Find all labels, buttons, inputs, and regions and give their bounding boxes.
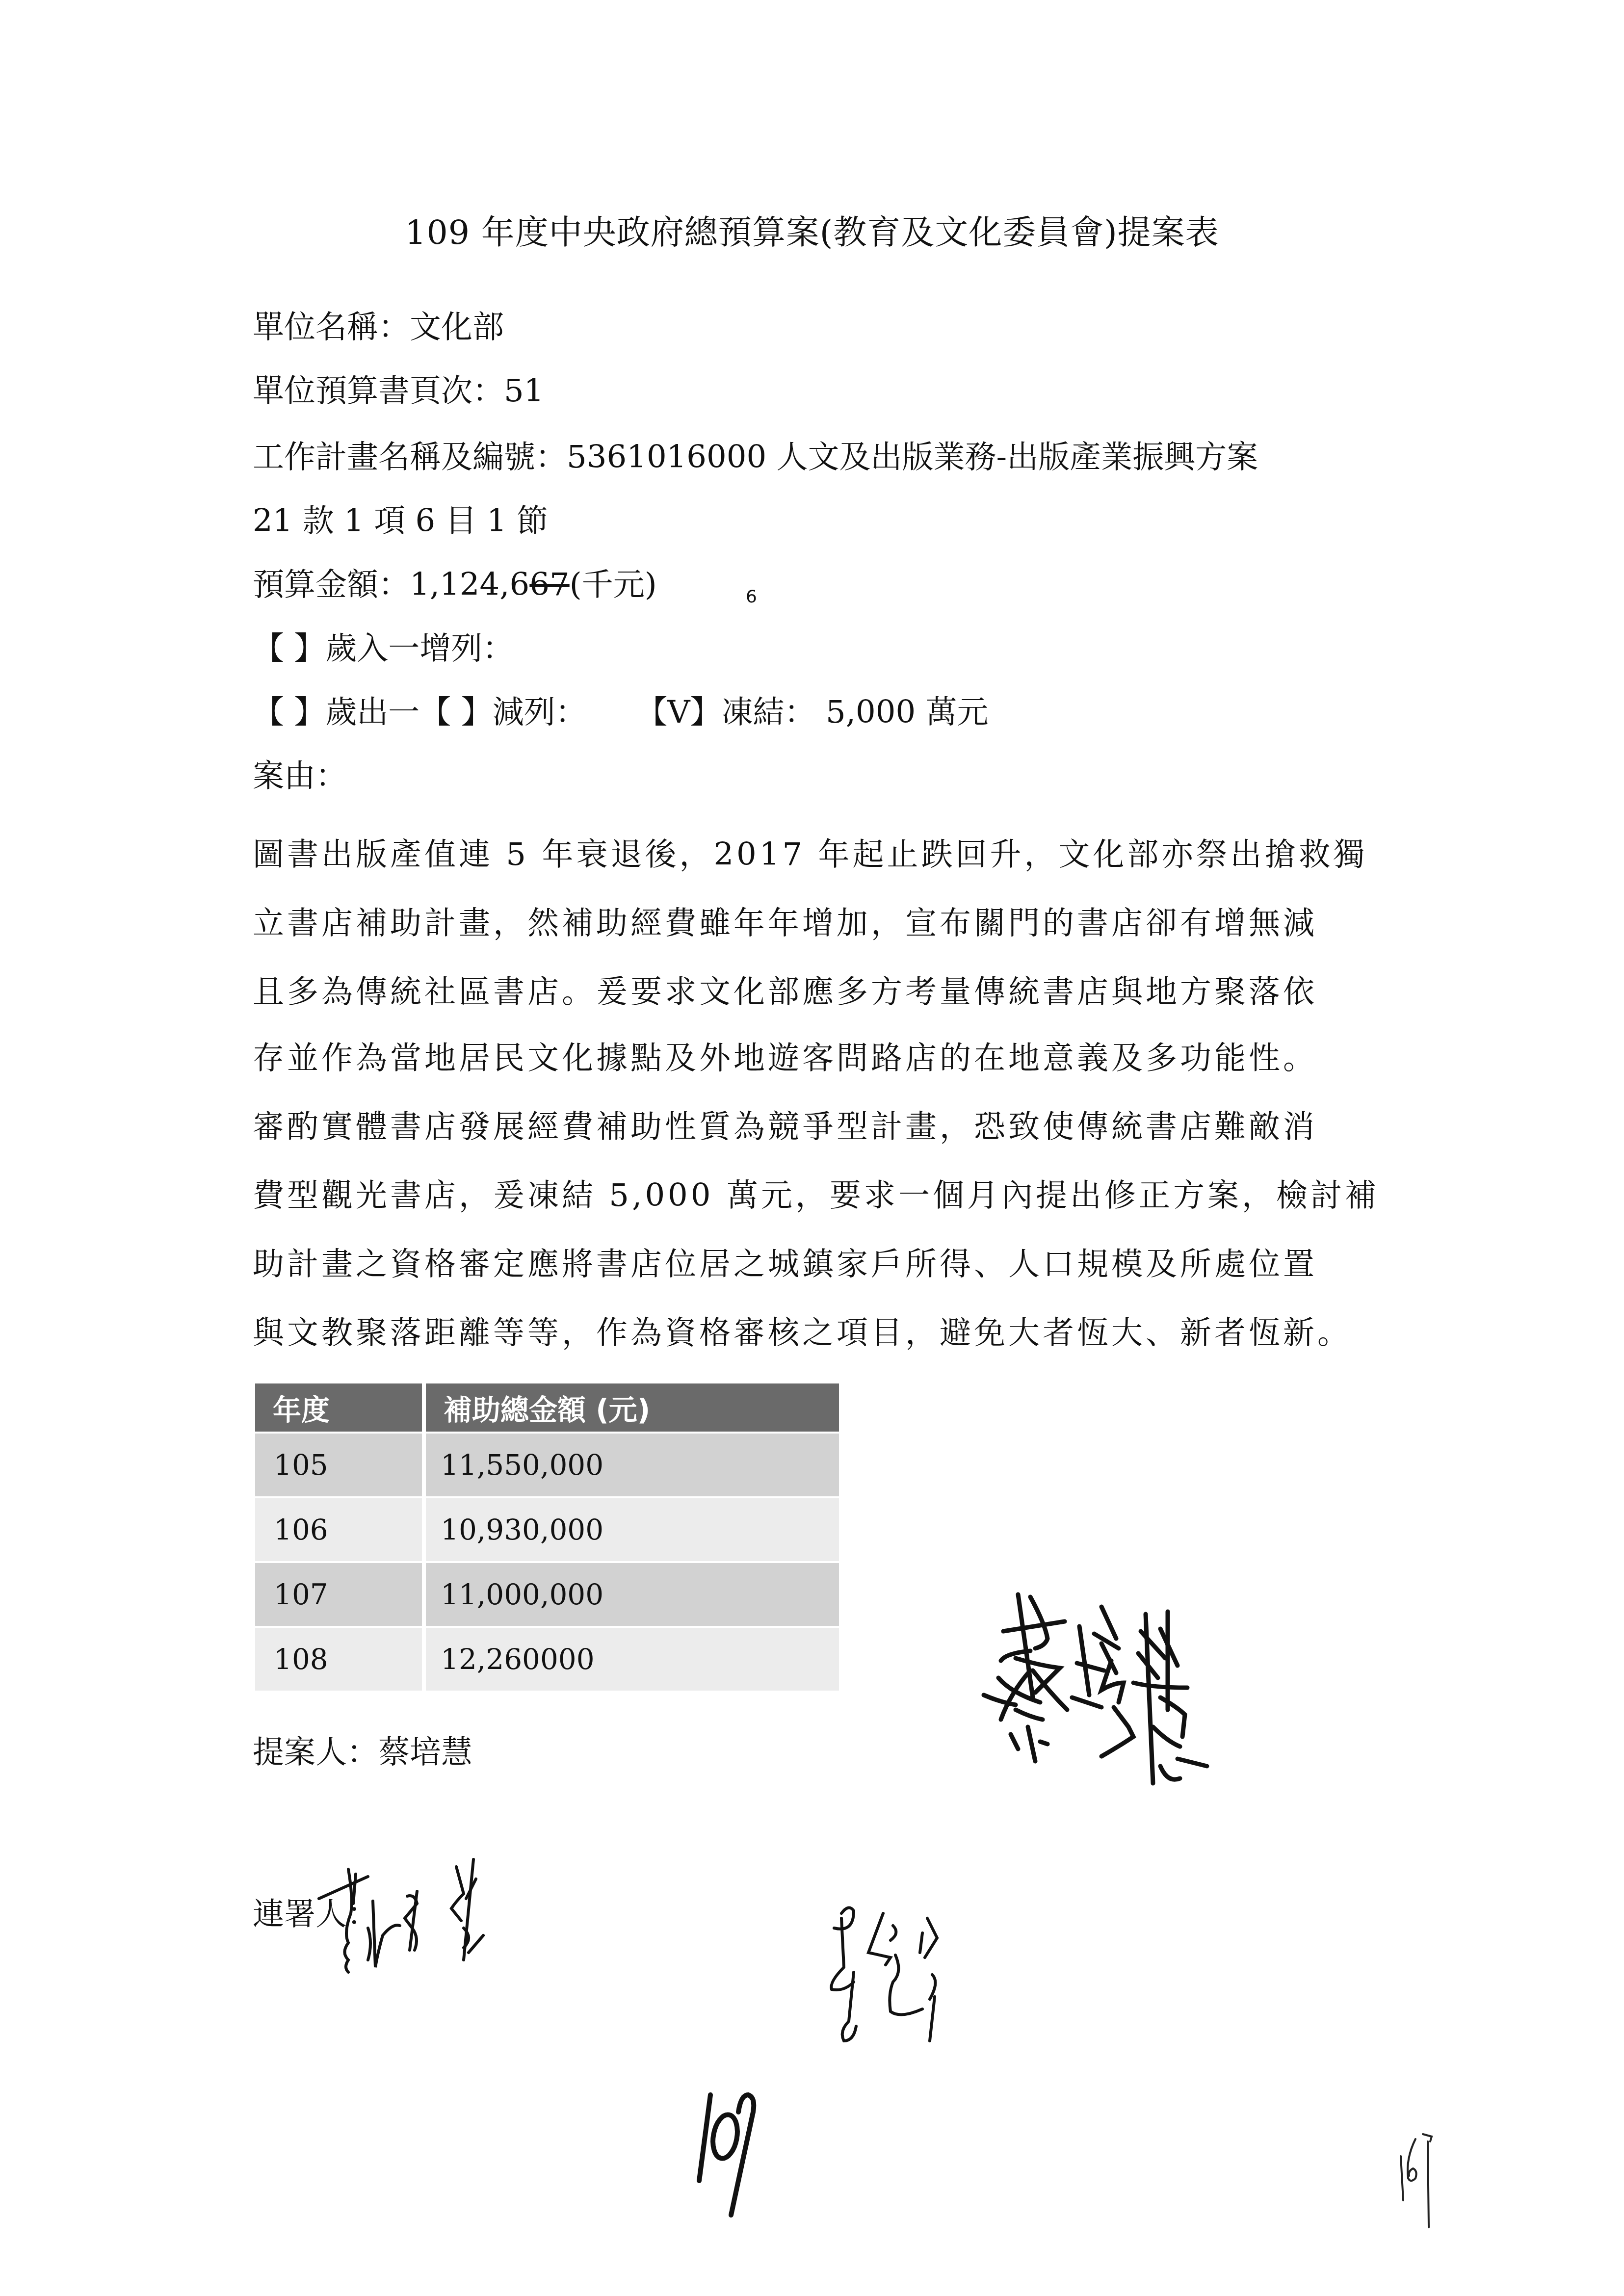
section-row: 21 款 1 項 6 目 1 節 [253,496,548,541]
cell-year: 106 [255,1498,422,1561]
amount-prefix: 1,124,6 [410,567,529,603]
reason-line-2: 立書店補助計畫，然補助經費雖年年增加，宣布關門的書店卻有增無減 [253,898,1317,943]
reason-line-8: 與文教聚落距離等等，作為資格審核之項目，避免大者恆大、新者恆新。 [253,1307,1352,1353]
handwritten-number-107 [687,2085,932,2242]
proposer-signature [971,1580,1388,1791]
budget-page-row: 單位預算書頁次：51 [253,365,544,411]
budget-page-label: 單位預算書頁次： [253,373,504,409]
plan-label: 工作計畫名稱及編號： [253,439,567,475]
budget-amount-row: 預算金額：1,124,667(千元) 6 [253,559,657,604]
table-row: 105 11,550,000 [255,1434,839,1496]
cell-amount: 12,260000 [426,1628,839,1691]
reason-line-6: 費型觀光書店，爰凍結 5,000 萬元，要求一個月內提出修正方案，檢討補 [253,1170,1379,1215]
proposer-name: 蔡培慧 [378,1734,472,1771]
unit-name-row: 單位名稱：文化部 [253,302,504,347]
cell-year: 107 [255,1563,422,1626]
plan-value: 5361016000 人文及出版業務-出版產業振興方案 [567,439,1258,475]
proposer-row: 提案人：蔡培慧 [253,1727,472,1772]
amount-struck-digits: 67 [529,567,569,603]
reason-line-4: 存並作為當地居民文化據點及外地遊客問路店的在地意義及多功能性。 [253,1033,1317,1078]
budget-page-value: 51 [504,373,544,409]
cell-year: 108 [255,1628,422,1691]
reason-line-3: 且多為傳統社區書店。爰要求文化部應多方考量傳統書店與地方聚落依 [253,966,1317,1012]
unit-name-value: 文化部 [410,309,504,345]
revenue-line: 【 】歲入一增列： [253,623,514,668]
reason-line-1: 圖書出版產值連 5 年衰退後，2017 年起止跌回升，文化部亦祭出搶救獨 [253,829,1368,874]
reason-line-7: 助計畫之資格審定應將書店位居之城鎮家戶所得、人口規模及所處位置 [253,1239,1317,1284]
expense-line: 【 】歲出一【 】減列： 【V】凍結： 5,000 萬元 [253,687,989,732]
table-header: 年度 補助總金額 (元) [255,1383,839,1432]
table-row: 108 12,260000 [255,1628,839,1691]
plan-row: 工作計畫名稱及編號：5361016000 人文及出版業務-出版產業振興方案 [253,432,1258,477]
cell-amount: 10,930,000 [426,1498,839,1561]
expense-freeze-option: 【V】凍結： 5,000 萬元 [636,694,988,731]
header-year: 年度 [255,1383,422,1432]
reason-line-5: 審酌實體書店發展經費補助性質為競爭型計畫，恐致使傳統書店難敵消 [253,1101,1317,1147]
proposer-label: 提案人： [253,1734,378,1771]
document-title: 109 年度中央政府總預算案(教育及文化委員會)提案表 [0,206,1624,254]
amount-label: 預算金額： [253,567,410,603]
cell-amount: 11,000,000 [426,1563,839,1626]
header-amount: 補助總金額 (元) [426,1383,839,1432]
reason-label: 案由： [253,751,347,796]
table-row: 107 11,000,000 [255,1563,839,1626]
cell-amount: 11,550,000 [426,1434,839,1496]
cell-year: 105 [255,1434,422,1496]
handwritten-page-number-167 [1393,2129,1492,2237]
expense-reduce-option: 【 】歲出一【 】減列： [253,694,587,731]
subsidy-table: 年度 補助總金額 (元) 105 11,550,000 106 10,930,0… [255,1383,839,1691]
amount-handwritten-correction: 6 [746,587,757,607]
amount-unit: (千元) [570,567,657,603]
cosigner-signature-1 [294,1854,760,2021]
table-row: 106 10,930,000 [255,1498,839,1561]
unit-name-label: 單位名稱： [253,309,410,345]
cosigner-signature-2 [805,1884,1099,2051]
